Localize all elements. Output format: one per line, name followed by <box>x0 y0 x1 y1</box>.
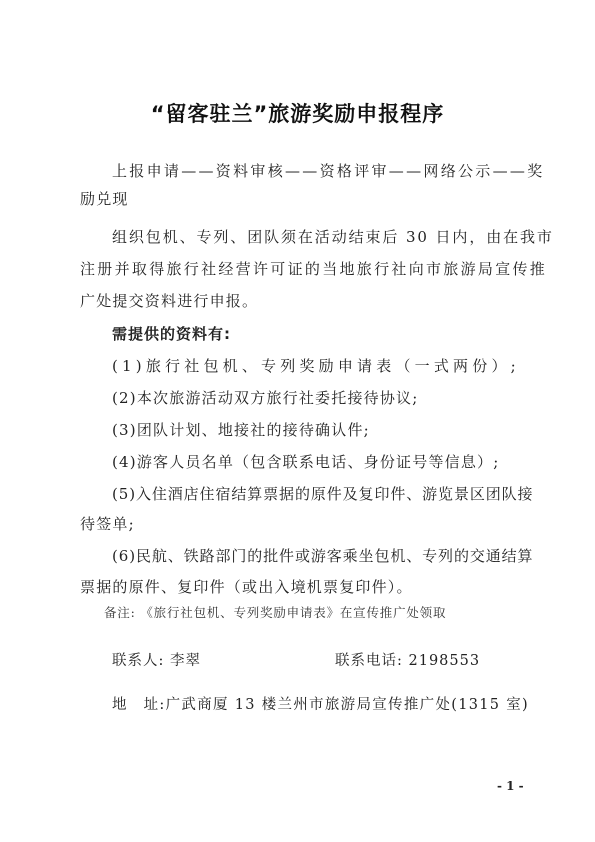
contact-phone: 联系电话: 2198553 <box>335 649 480 670</box>
required-item-6-cont: 票据的原件、复印件（或出入境机票复印件）。 <box>80 576 520 597</box>
contact-person-name: 李翠 <box>170 653 201 669</box>
required-heading: 需提供的资料有: <box>112 323 520 344</box>
procedure-line-1: 上报申请——资料审核——资格评审——网络公示——奖 <box>112 160 520 181</box>
contact-phone-number: 2198553 <box>409 653 481 669</box>
required-item-4: (4)游客人员名单（包含联系电话、身份证号等信息）; <box>112 451 520 472</box>
required-item-1: (1)旅行社包机、专列奖励申请表（一式两份）; <box>112 355 520 376</box>
contact-address: 地 址:广武商厦 13 楼兰州市旅游局宣传推广处(1315 室) <box>112 693 529 714</box>
contact-address-label: 地 址: <box>112 697 166 713</box>
intro-line-3: 广处提交资料进行申报。 <box>80 290 520 311</box>
required-item-6: (6)民航、铁路部门的批件或游客乘坐包机、专列的交通结算 <box>112 545 520 566</box>
document-page: “留客驻兰”旅游奖励申报程序 上报申请——资料审核——资格评审——网络公示——奖… <box>0 0 595 842</box>
contact-person-label: 联系人: <box>112 653 164 669</box>
contact-person: 联系人: 李翠 <box>112 649 201 670</box>
required-item-3: (3)团队计划、地接社的接待确认件; <box>112 419 520 440</box>
required-item-5-cont: 待签单; <box>80 513 520 534</box>
note-text: 备注: 《旅行社包机、专列奖励申请表》在宣传推广处领取 <box>104 603 446 621</box>
procedure-line-2: 励兑现 <box>80 188 520 209</box>
intro-line-1: 组织包机、专列、团队须在活动结束后 30 日内，由在我市 <box>112 226 520 247</box>
required-item-2: (2)本次旅游活动双方旅行社委托接待协议; <box>112 387 520 408</box>
page-number: - 1 - <box>497 779 524 793</box>
required-item-5: (5)入住酒店住宿结算票据的原件及复印件、游览景区团队接 <box>112 483 520 504</box>
contact-address-value: 广武商厦 13 楼兰州市旅游局宣传推广处(1315 室) <box>166 697 529 713</box>
document-title: “留客驻兰”旅游奖励申报程序 <box>0 98 595 128</box>
contact-phone-label: 联系电话: <box>335 653 403 669</box>
intro-line-2: 注册并取得旅行社经营许可证的当地旅行社向市旅游局宣传推 <box>80 258 520 279</box>
